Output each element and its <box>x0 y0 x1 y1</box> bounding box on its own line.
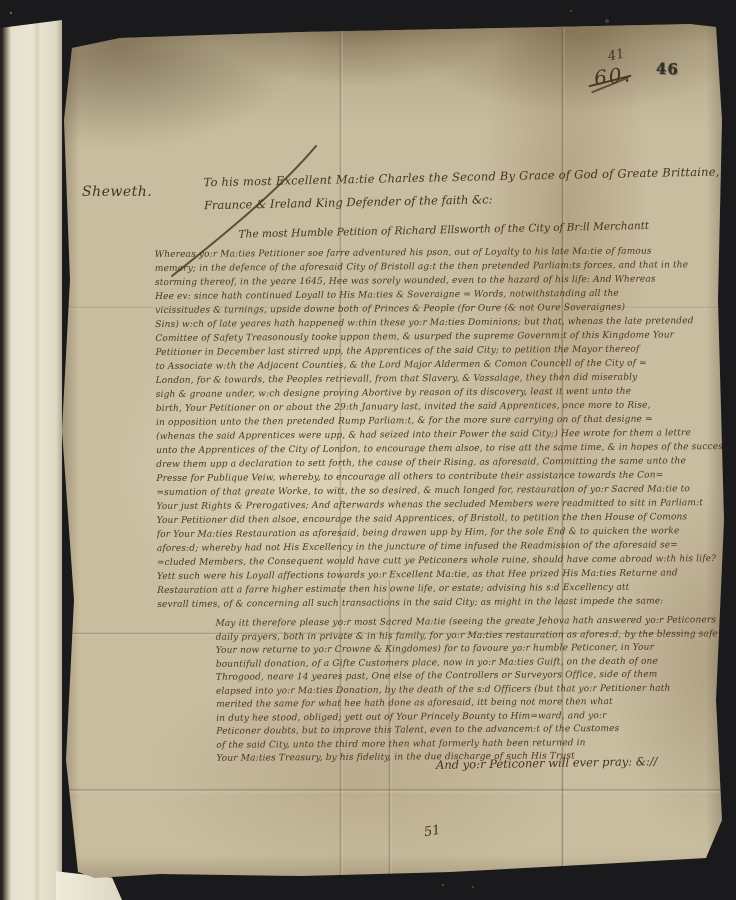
petition-prayer-text: May itt therefore please yo:r most Sacre… <box>215 614 731 766</box>
manuscript-scan: 41 60. 46 Sheweth. To his most Excellent… <box>0 0 736 900</box>
heading-line-royal-title-2: Fraunce & Ireland King Defender of the f… <box>204 188 709 213</box>
margin-note-sheweth: Sheweth. <box>82 184 152 200</box>
closing-formula: And yo:r Peticoner will ever pray: &:// <box>436 754 658 772</box>
archive-stamp-number: 46 <box>656 60 679 79</box>
guard-page-strip <box>0 20 62 900</box>
manuscript-text-line: sevrall times, of & concerning all such … <box>157 594 729 612</box>
manuscript-sheet: 41 60. 46 Sheweth. To his most Excellent… <box>58 20 726 880</box>
horizontal-fold-crease <box>58 788 726 793</box>
petition-heading: To his most Excellent Ma:tie Charles the… <box>203 165 709 242</box>
petition-body-text: Whereas yo:r Ma:ties Petitioner soe farr… <box>155 244 730 612</box>
dust-specks <box>10 12 12 14</box>
bottom-number: 51 <box>423 823 442 841</box>
heading-line-petitioner: The most Humble Petition of Richard Ells… <box>204 219 709 242</box>
